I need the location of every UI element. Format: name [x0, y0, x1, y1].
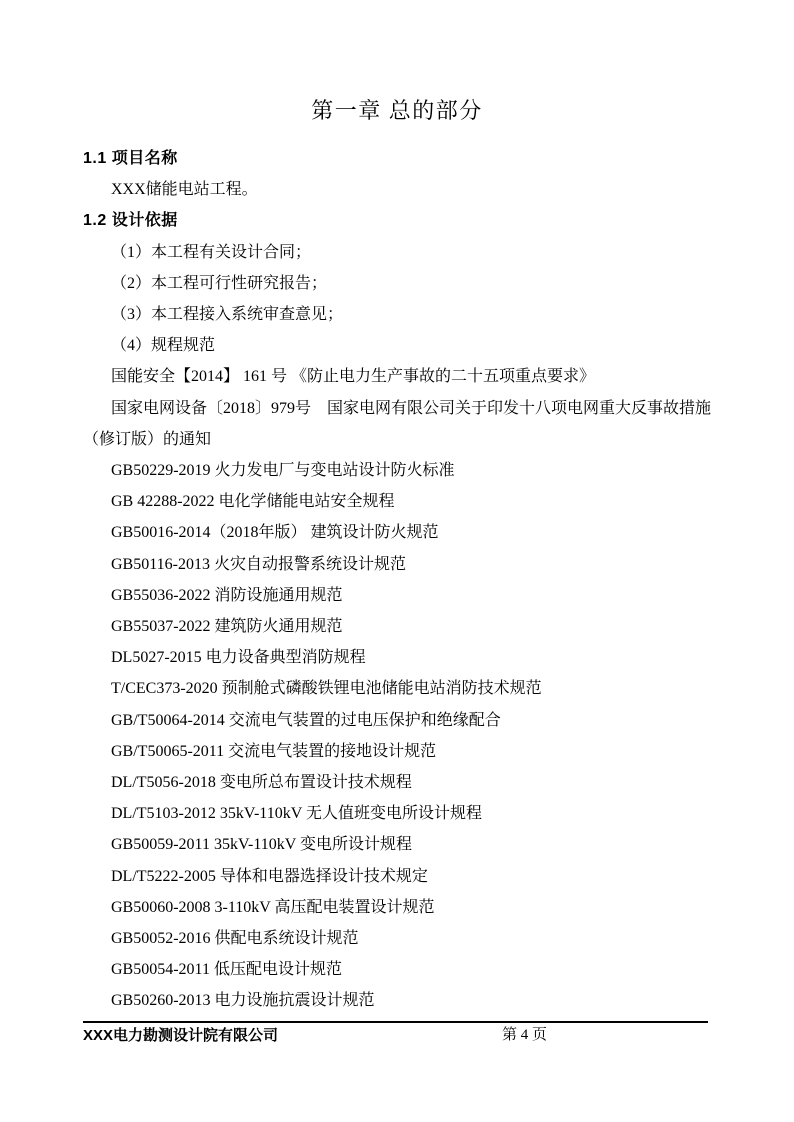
footer-company: XXX电力勘测设计院有限公司: [83, 1026, 278, 1045]
section-heading: 1.2 设计依据: [83, 205, 711, 236]
paragraph: GB55037-2022 建筑防火通用规范: [83, 611, 711, 642]
paragraph: 国能安全【2014】 161 号 《防止电力生产事故的二十五项重点要求》: [83, 361, 711, 392]
paragraph: T/CEC373-2020 预制舱式磷酸铁锂电池储能电站消防技术规范: [83, 673, 711, 704]
paragraph: GB50260-2013 电力设施抗震设计规范: [83, 985, 711, 1016]
paragraph: （2）本工程可行性研究报告；: [83, 268, 711, 299]
paragraph: GB 42288-2022 电化学储能电站安全规程: [83, 486, 711, 517]
paragraph: （3）本工程接入系统审查意见；: [83, 299, 711, 330]
paragraph: XXX储能电站工程。: [83, 174, 711, 205]
paragraph: GB50016-2014（2018年版） 建筑设计防火规范: [83, 517, 711, 548]
paragraph: DL5027-2015 电力设备典型消防规程: [83, 642, 711, 673]
section-heading: 1.1 项目名称: [83, 143, 711, 174]
paragraph: GB50060-2008 3-110kV 高压配电装置设计规范: [83, 892, 711, 923]
chapter-title: 第一章 总的部分: [0, 97, 794, 125]
paragraph: GB50229-2019 火力发电厂与变电站设计防火标准: [83, 455, 711, 486]
document-body: 1.1 项目名称XXX储能电站工程。1.2 设计依据（1）本工程有关设计合同；（…: [83, 143, 711, 1017]
paragraph: （4）规程规范: [83, 330, 711, 361]
paragraph: GB50052-2016 供配电系统设计规范: [83, 923, 711, 954]
paragraph: 国家电网设备〔2018〕979号 国家电网有限公司关于印发十八项电网重大反事故措…: [83, 393, 711, 455]
footer-divider: [83, 1021, 708, 1023]
paragraph: GB/T50065-2011 交流电气装置的接地设计规范: [83, 736, 711, 767]
paragraph: DL/T5056-2018 变电所总布置设计技术规程: [83, 767, 711, 798]
paragraph: DL/T5103-2012 35kV-110kV 无人值班变电所设计规程: [83, 798, 711, 829]
paragraph: GB/T50064-2014 交流电气装置的过电压保护和绝缘配合: [83, 705, 711, 736]
paragraph: GB50059-2011 35kV-110kV 变电所设计规程: [83, 829, 711, 860]
paragraph: DL/T5222-2005 导体和电器选择设计技术规定: [83, 861, 711, 892]
footer-page-number: 第 4 页: [502, 1026, 547, 1045]
paragraph: GB50054-2011 低压配电设计规范: [83, 954, 711, 985]
paragraph: GB50116-2013 火灾自动报警系统设计规范: [83, 549, 711, 580]
document-page: 第一章 总的部分 1.1 项目名称XXX储能电站工程。1.2 设计依据（1）本工…: [0, 0, 794, 1122]
paragraph: （1）本工程有关设计合同；: [83, 237, 711, 268]
paragraph: GB55036-2022 消防设施通用规范: [83, 580, 711, 611]
